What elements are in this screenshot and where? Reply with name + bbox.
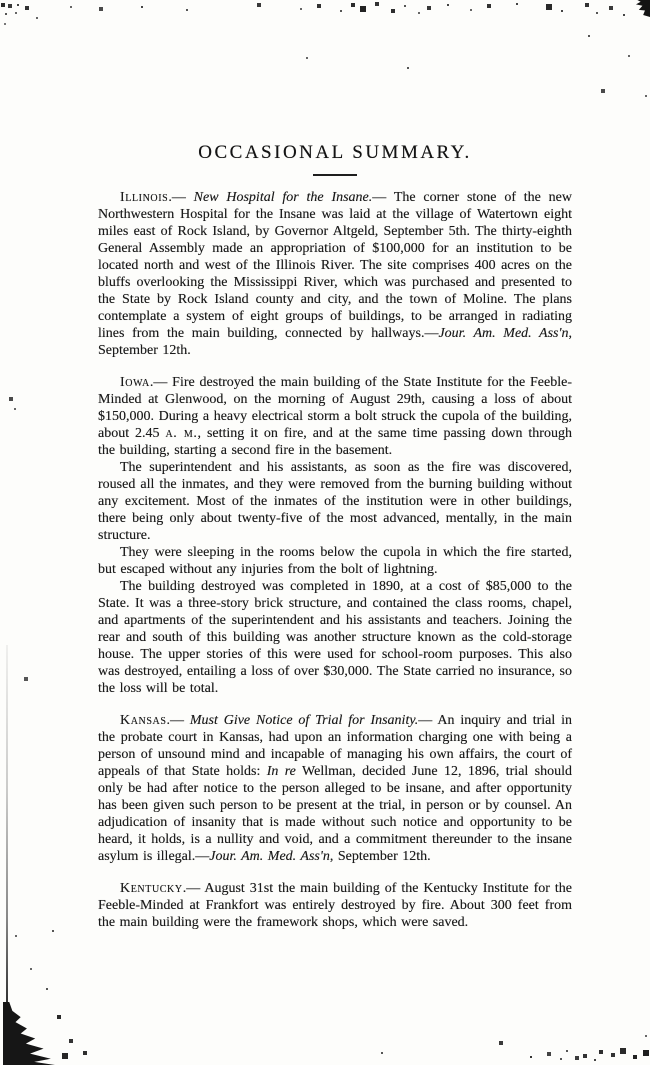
text-run: a. m.: [165, 426, 197, 441]
bottom-left-ink-specks: [0, 0, 2, 2]
text-run: .—: [167, 713, 190, 728]
text-run: Kentucky: [120, 881, 183, 896]
paragraph: Kansas.— Must Give Notice of Trial for I…: [98, 712, 572, 865]
paragraph: Kentucky.— August 31st the main building…: [98, 880, 572, 931]
top-right-ink-smudge: [632, 0, 650, 17]
title-divider-rule: [313, 174, 357, 176]
section-kentucky: Kentucky.— August 31st the main building…: [98, 880, 572, 931]
section-kansas: Kansas.— Must Give Notice of Trial for I…: [98, 712, 572, 865]
text-run: Jour. Am. Med. Ass'n: [209, 849, 330, 864]
paragraph: They were sleeping in the rooms below th…: [98, 544, 572, 578]
paragraph: Iowa.— Fire destroyed the main building …: [98, 374, 572, 459]
text-run: Kansas: [120, 713, 167, 728]
left-binding-gutter-shadow: [6, 645, 8, 1065]
text-run: Illinois: [120, 190, 168, 205]
paragraph: Illinois.— New Hospital for the Insane.—…: [98, 189, 572, 359]
text-run: , September 12th.: [330, 849, 431, 864]
text-body: Illinois.— New Hospital for the Insane.—…: [98, 189, 572, 931]
section-iowa: Iowa.— Fire destroyed the main building …: [98, 374, 572, 697]
scan-noise-speckles: [0, 0, 2, 2]
bottom-left-ink-blotch: [3, 1002, 55, 1065]
page-title: OCCASIONAL SUMMARY.: [98, 142, 572, 164]
text-run: New Hospital for the Insane.: [194, 190, 373, 205]
text-run: The superintendent and his assistants, a…: [98, 460, 572, 543]
text-run: The building destroyed was completed in …: [98, 579, 572, 696]
text-run: They were sleeping in the rooms below th…: [98, 545, 572, 577]
paragraph: The building destroyed was completed in …: [98, 578, 572, 697]
section-illinois: Illinois.— New Hospital for the Insane.—…: [98, 189, 572, 359]
text-run: Jour. Am. Med. Ass'n: [438, 326, 568, 341]
text-run: In re: [267, 764, 296, 779]
text-run: Iowa: [120, 375, 150, 390]
text-run: .—: [168, 190, 193, 205]
text-run: Must Give Notice of Trial for Insanity.: [190, 713, 418, 728]
text-run: — The corner stone of the new Northweste…: [98, 190, 572, 341]
page-content: OCCASIONAL SUMMARY. Illinois.— New Hospi…: [98, 142, 572, 931]
scanned-book-page: OCCASIONAL SUMMARY. Illinois.— New Hospi…: [0, 0, 650, 1065]
paragraph: The superintendent and his assistants, a…: [98, 459, 572, 544]
